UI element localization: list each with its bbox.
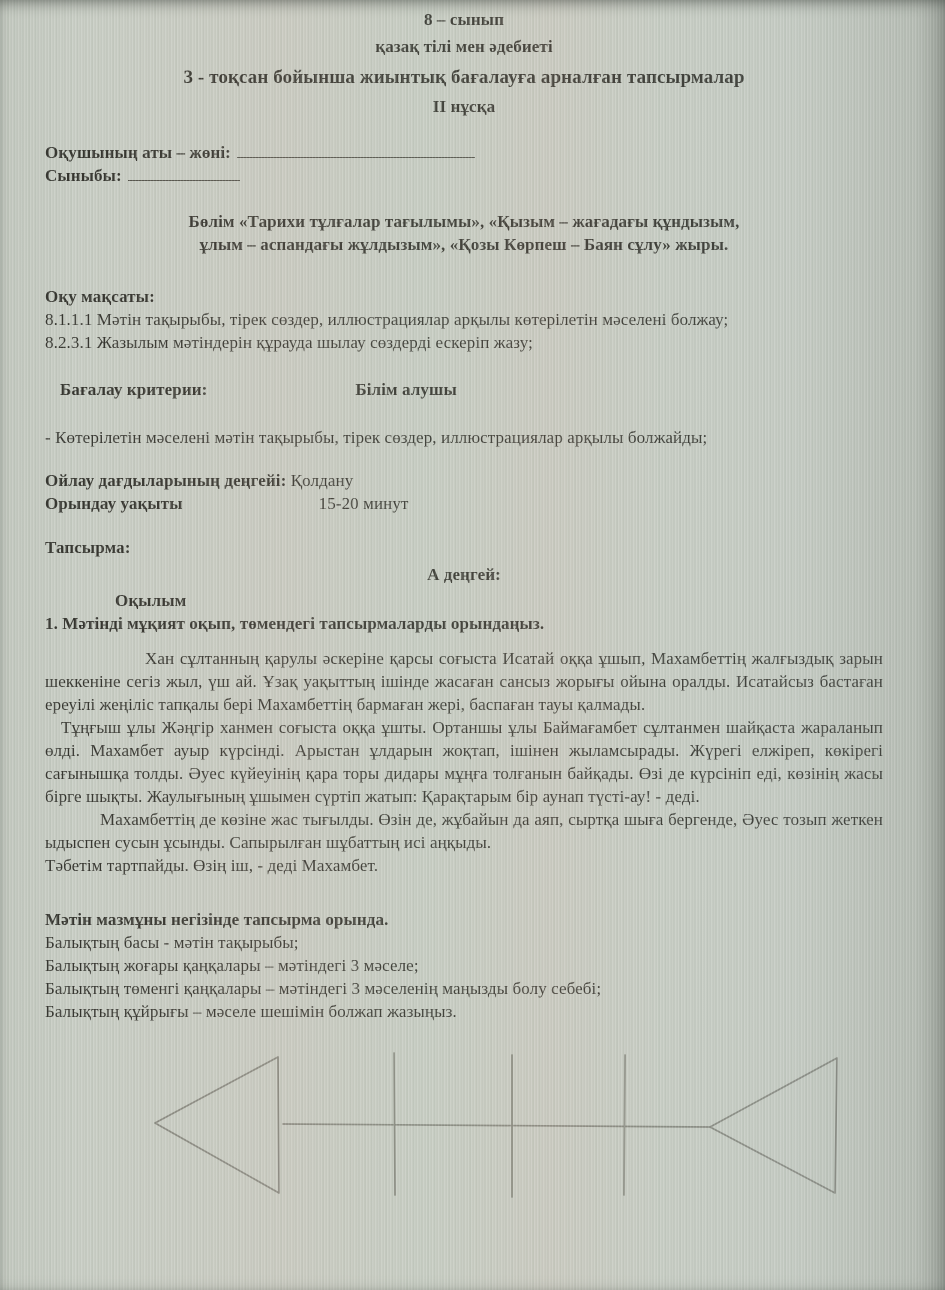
student-info: Оқушының аты – жөні: Сыныбы: (45, 141, 883, 187)
student-name-label: Оқушының аты – жөні: (45, 143, 231, 162)
fishbone-task-item: Балықтың басы - мәтін тақырыбы; (45, 931, 883, 954)
duration-row: Орындау уақыты 15-20 минут (45, 492, 883, 515)
fish-bone-line (394, 1053, 395, 1195)
criteria-label: Бағалау критерии: (60, 378, 207, 401)
student-class-blank-line (128, 168, 240, 181)
task-instruction: 1. Мәтінді мұқият оқып, төмендегі тапсыр… (45, 612, 883, 635)
scanned-document-page: 8 – сынып қазақ тілі мен әдебиеті 3 - то… (0, 0, 945, 1290)
header-title: 3 - тоқсан бойынша жиынтық бағалауға арн… (45, 66, 883, 89)
fishbone-task: Мәтін мазмұны негізінде тапсырма орында.… (45, 908, 883, 1023)
reading-paragraph: Тұңғыш ұлы Жәңгір ханмен соғыста оққа ұш… (45, 716, 883, 808)
header-variant: ІІ нұсқа (45, 95, 883, 118)
thinking-skills-row: Ойлау дағдыларының деңгейі: Қолдану (45, 469, 883, 492)
fishbone-task-item: Балықтың төменгі қаңқалары – мәтіндегі 3… (45, 977, 883, 1000)
reading-paragraph: Махамбеттің де көзіне жас тығылды. Өзін … (45, 808, 883, 854)
criteria-result: - Көтерілетін мәселені мәтін тақырыбы, т… (45, 426, 883, 449)
fish-spine-line (283, 1124, 710, 1127)
student-class-label: Сыныбы: (45, 166, 122, 185)
fish-head-shape (710, 1058, 837, 1193)
fishbone-diagram (0, 1040, 945, 1290)
learning-objectives: Оқу мақсаты: 8.1.1.1 Мәтін тақырыбы, тір… (45, 285, 883, 354)
level-heading: А деңгей: (45, 563, 883, 586)
reading-paragraph: Хан сұлтанның қарулы әскеріне қарсы соғы… (45, 647, 883, 716)
fish-tail-shape (155, 1057, 279, 1193)
skill-heading: Оқылым (115, 589, 883, 612)
task-label: Тапсырма: (45, 536, 883, 559)
objectives-label: Оқу мақсаты: (45, 285, 883, 308)
section-title: Бөлім «Тарихи тұлғалар тағылымы», «Қызым… (45, 210, 883, 256)
reading-paragraph: Тәбетім тартпайды. Өзің іш, - деді Махам… (45, 854, 883, 877)
objective-item: 8.1.1.1 Мәтін тақырыбы, тірек сөздер, ил… (45, 308, 883, 331)
header-subject: қазақ тілі мен әдебиеті (45, 35, 883, 58)
section-title-line1: Бөлім «Тарихи тұлғалар тағылымы», «Қызым… (45, 210, 883, 233)
criteria-header-row: Бағалау критерии: Білім алушы (45, 378, 883, 401)
duration-value: 15-20 минут (319, 492, 409, 515)
duration-label: Орындау уақыты (45, 492, 183, 515)
section-title-line2: ұлым – аспандағы жұлдызым», «Қозы Көрпеш… (45, 233, 883, 256)
header-grade: 8 – сынып (45, 8, 883, 31)
fish-bone-line (624, 1055, 625, 1195)
document-header: 8 – сынып қазақ тілі мен әдебиеті 3 - то… (45, 8, 883, 118)
fishbone-task-title: Мәтін мазмұны негізінде тапсырма орында. (45, 908, 883, 931)
student-class-row: Сыныбы: (45, 164, 883, 187)
thinking-skills-value: Қолдану (291, 471, 354, 490)
criteria-learner: Білім алушы (355, 378, 456, 401)
assessment-meta: Ойлау дағдыларының деңгейі: Қолдану Орын… (45, 469, 883, 515)
document-body: 8 – сынып қазақ тілі мен әдебиеті 3 - то… (0, 0, 945, 1023)
fishbone-task-item: Балықтың құйрығы – мәселе шешімін болжап… (45, 1000, 883, 1023)
objective-item: 8.2.3.1 Жазылым мәтіндерін құрауда шылау… (45, 331, 883, 354)
thinking-skills-label: Ойлау дағдыларының деңгейі: (45, 471, 286, 490)
student-name-row: Оқушының аты – жөні: (45, 141, 883, 164)
reading-text: Хан сұлтанның қарулы әскеріне қарсы соғы… (45, 647, 883, 877)
fishbone-task-item: Балықтың жоғары қаңқалары – мәтіндегі 3 … (45, 954, 883, 977)
student-name-blank-line (237, 145, 475, 158)
